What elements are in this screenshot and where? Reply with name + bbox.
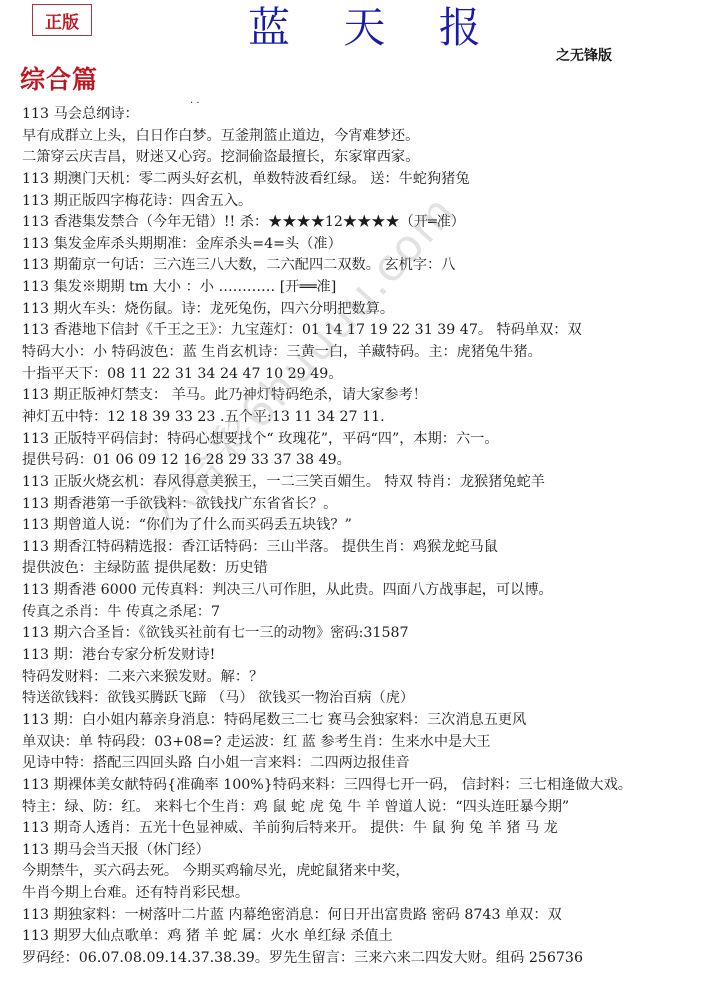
text-line: 见诗中特：搭配三四回头路 白小姐一言来料：二四两边报佳音 [22,753,710,775]
text-line: 113 正版火烧玄机：春风得意美猴王，一二三笑百媚生。 特双 特肖：龙猴猪兔蛇羊 [22,472,710,494]
text-line: 早有成群立上头，白日作白梦。互釜荆篮止道边，今宵难梦还。 [22,126,710,148]
text-line: 113 期正版四字梅花诗：四舍五入。 [22,191,710,213]
text-line: 113 期六合圣旨：《欲钱买社前有七一三的动物》密码:31587 [22,623,710,645]
text-line: 传真之杀肖：牛 传真之杀尾：7 [22,602,710,624]
text-line: 罗码经：06.07.08.09.14.37.38.39。罗先生留言：三来六来二四… [22,948,710,970]
text-line: 113 期香港第一手欲钱料：欲钱找广东省省长？。 [22,494,710,516]
text-line: 113 马会总纲诗： [22,104,710,126]
text-line: 特码发财料：二来六来猴发财。解：？ [22,667,710,689]
text-line: 113 香港地下信封《千王之王》：九宝莲灯：01 14 17 19 22 31 … [22,320,710,342]
text-line: 单双诀：单 特码段：03+08=? 走运波：红 蓝 参考生肖：生来水中是大王 [22,732,710,754]
text-line: 113 正版特平码信封：特码心想要找个“ 玫瑰花”，平码“四”，本期：六一。 [22,429,710,451]
text-line: 十指平天下：08 11 22 31 34 24 47 10 29 49。 [22,364,710,386]
masthead-title: 蓝 天 报 [248,2,501,54]
article-body: 113 马会总纲诗： 早有成群立上头，白日作白梦。互釜荆篮止道边，今宵难梦还。 … [22,104,710,970]
edition-label: 之无锋版 [556,45,612,65]
text-line: 今期禁牛，买六码去死。 今期买鸡输尽光，虎蛇鼠猪来中奖， [22,861,710,883]
section-title: 综合篇 [20,60,98,96]
text-line: 113 集发金库杀头期期准：金库杀头=4=头（准） [22,234,710,256]
text-line: 113 期香港 6000 元传真料：判决三八可作胆，从此贵。四面八方战事起，可以… [22,580,710,602]
text-line: 提供号码：01 06 09 12 16 28 29 33 37 38 49。 [22,450,710,472]
text-line: 113 期：白小姐内幕亲身消息：特码尾数三二七 赛马会独家料：三次消息五更风 [22,710,710,732]
text-line: 113 期：港台专家分析发财诗! [22,645,710,667]
text-line: 113 期裸体美女献特码{准确率 100%}特码来料：三四得七开一码， 信封料：… [22,775,710,797]
text-line: 113 期马会当天报（休门经） [22,840,710,862]
text-line: 113 期独家料：一树落叶二片蓝 内幕绝密消息：何日开出富贵路 密码 8743 … [22,905,710,927]
text-line: 113 期罗大仙点歌单：鸡 猪 羊 蛇 属：火水 单红绿 杀值土 [22,926,710,948]
text-line: 113 期奇人透肖：五光十色显神威、羊前狗后特来开。 提供：牛 鼠 狗 兔 羊 … [22,818,710,840]
text-line: 特送欲钱料：欲钱买腾跃飞蹄 （马） 欲钱买一物治百病（虎） [22,688,710,710]
text-line: 113 期香江特码精选报：香江话特码：三山半落。 提供生肖：鸡猴龙蛇马鼠 [22,537,710,559]
text-line: 113 集发※期期 tm 大小 ：小 ………… [开══准] [22,277,710,299]
text-line: 神灯五中特：12 18 39 33 23 .五个平:13 11 34 27 11… [22,407,710,429]
text-line: 113 期正版神灯禁支： 羊马。此乃神灯特码绝杀，请大家参考！ [22,385,710,407]
text-line: 113 期曾道人说：“你们为了什么而买码丢五块钱？” [22,515,710,537]
text-line: 113 期澳门天机：零二两头好玄机，单数特波看红绿。 送：牛蛇狗猪兔 [22,169,710,191]
text-line: 特主：绿、防：红。 来料七个生肖：鸡 鼠 蛇 虎 兔 牛 羊 曾道人说：“四头连… [22,797,710,819]
genuine-edition-badge: 正版 [32,4,92,36]
text-line: 二箫穿云庆吉昌，财迷又心窍。挖洞偷盗最擅长，东家窜西家。 [22,147,710,169]
text-line: 提供波色：主绿防蓝 提供尾数：历史错 [22,558,710,580]
text-line: 113 期火车头：烧伤鼠。诗：龙死兔伤，四六分明把数算。 [22,299,710,321]
text-line: 特码大小：小 特码波色：蓝 生肖玄机诗：三黄一白，羊藏特码。主：虎猪兔牛猪。 [22,342,710,364]
text-line: 113 期葡京一句话：三六连三八大数，二六配四二双数。 玄机字：八 [22,255,710,277]
text-line: 113 香港集发禁合（今年无错）!! 杀：★★★★12★★★★（开═准） [22,212,710,234]
text-line: 牛肖今期上台难。还有特肖彩民想。 [22,883,710,905]
